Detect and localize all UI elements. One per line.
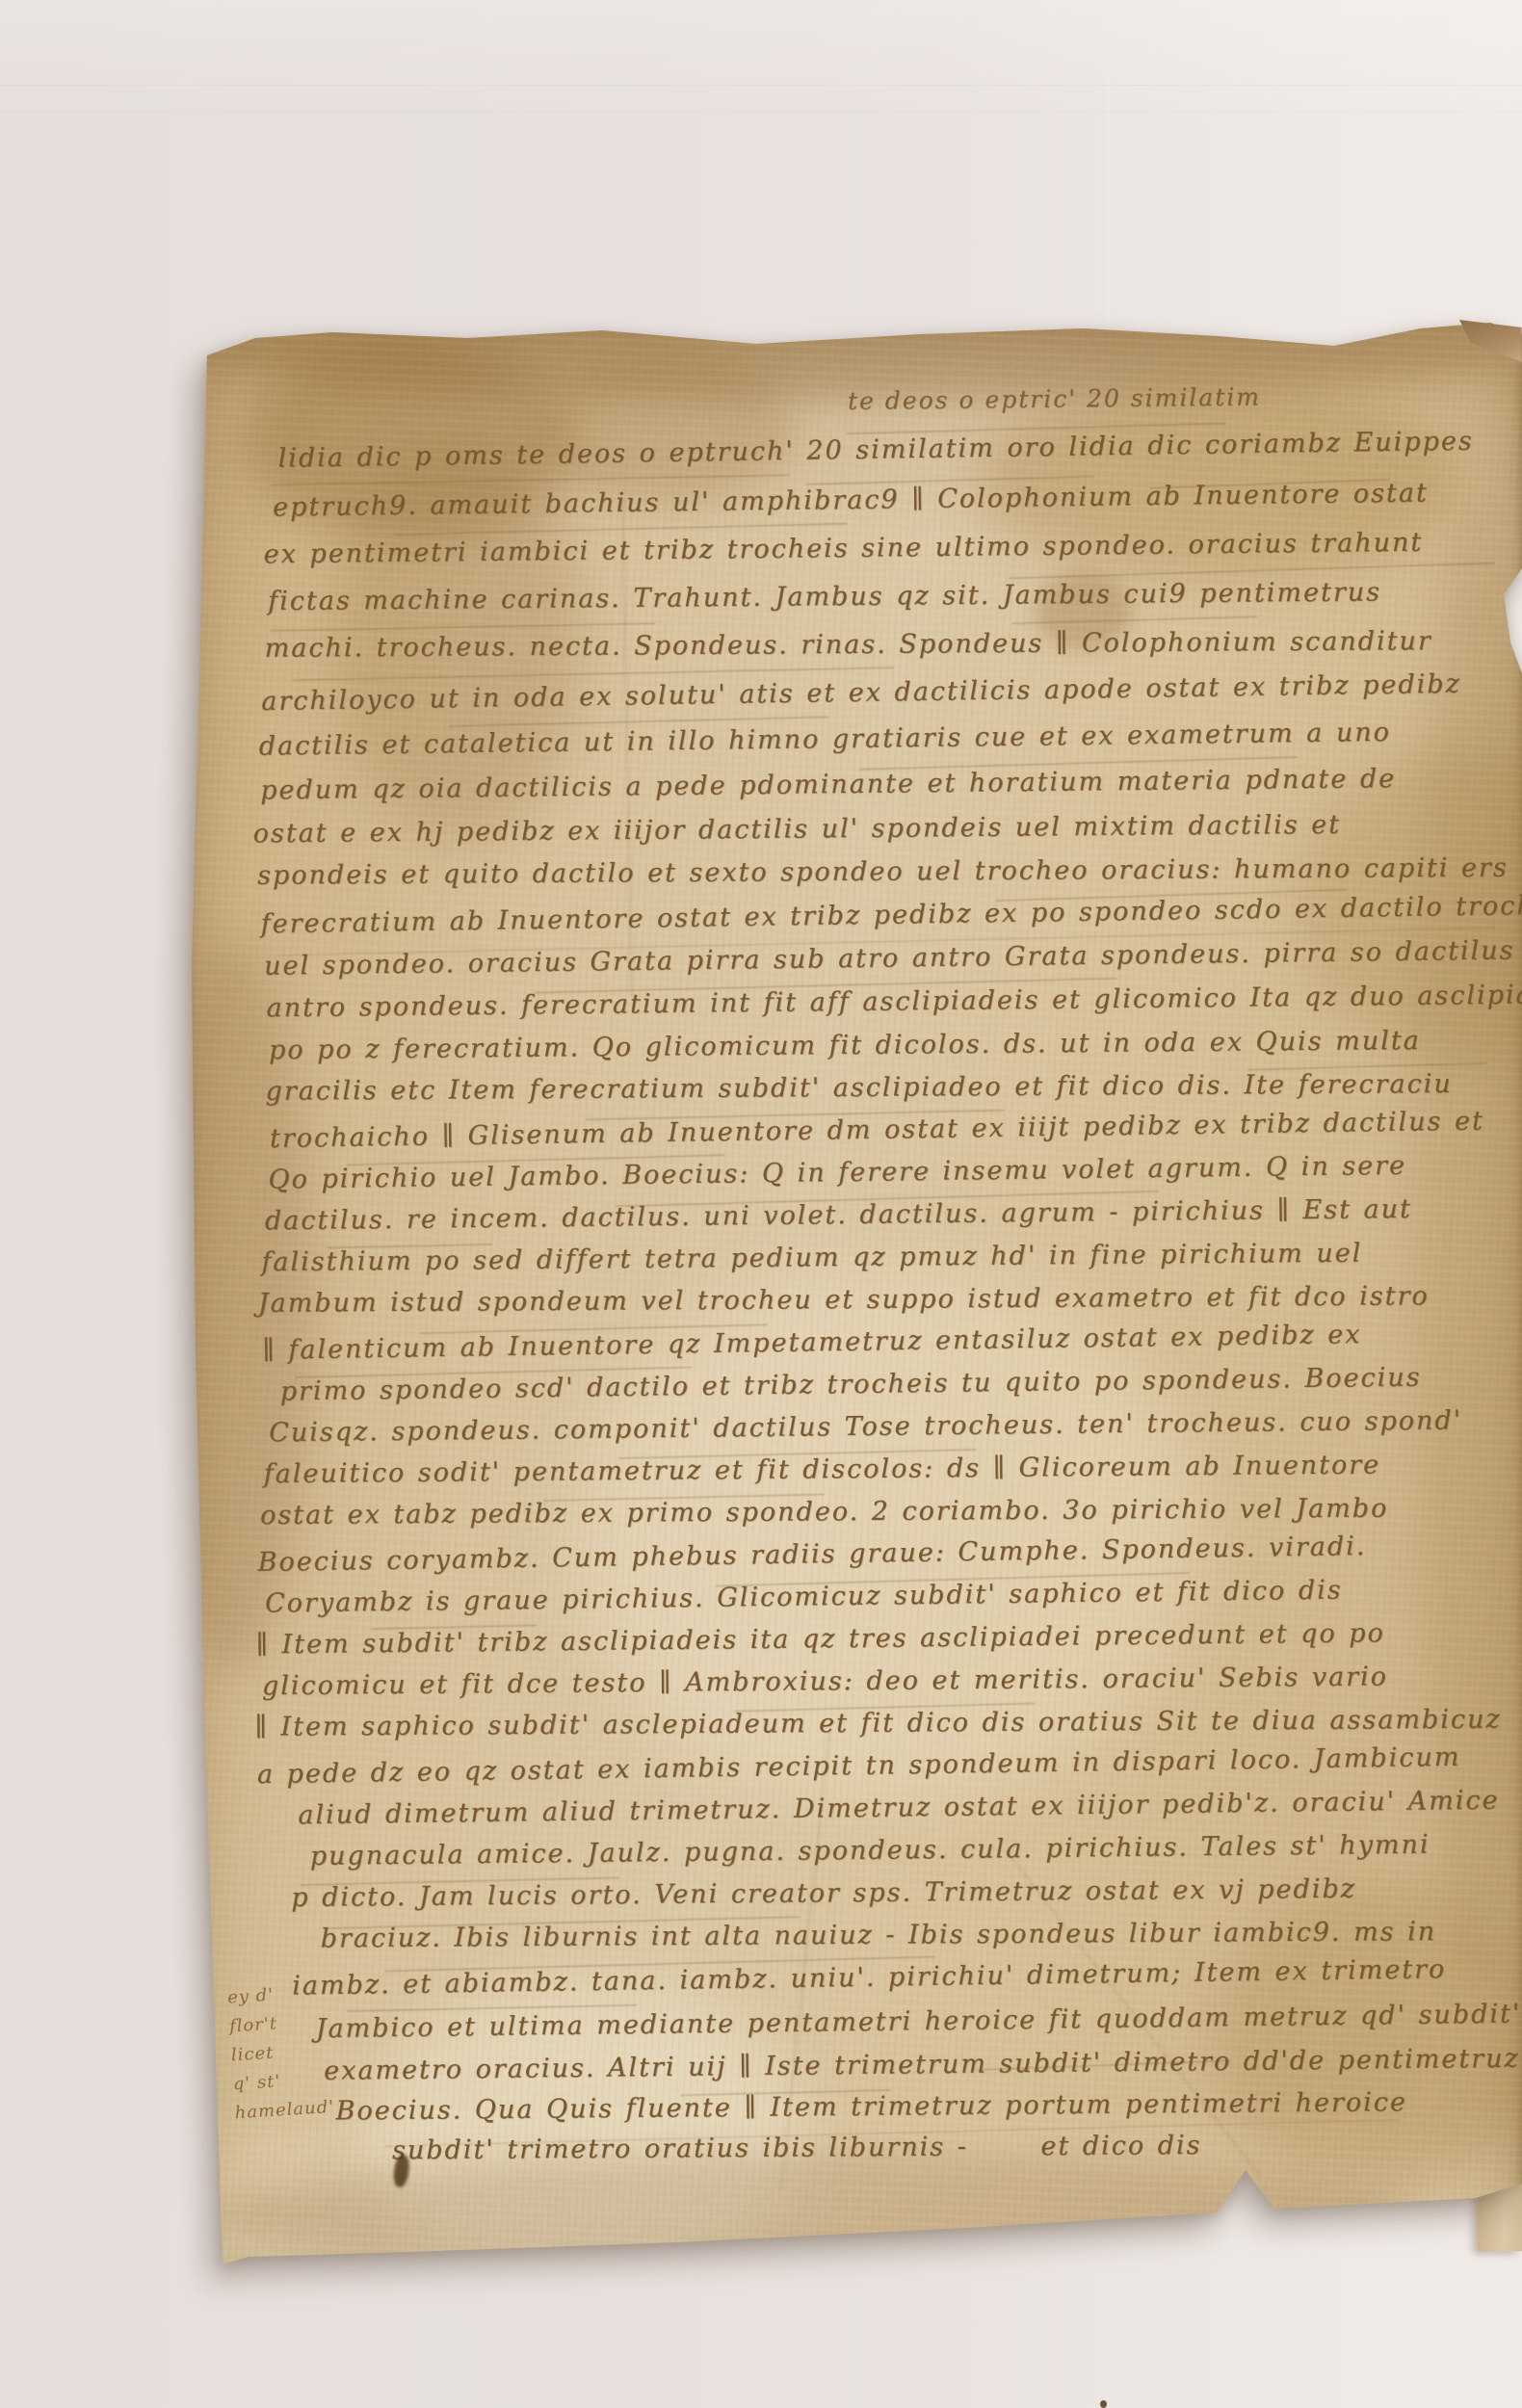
margin-note-line: hamelaud' bbox=[234, 2093, 335, 2128]
text-line: pedum qz oia dactilicis a pede pdominant… bbox=[260, 764, 1396, 807]
text-line: Qo pirichio uel Jambo. Boecius: Q in fer… bbox=[268, 1151, 1406, 1196]
text-line: aliud dimetrum aliud trimetruz. Dimetruz… bbox=[298, 1786, 1500, 1832]
text-line: faleuitico sodit' pentametruz et fit dis… bbox=[264, 1450, 1381, 1490]
text-line: braciuz. Ibis liburnis int alta nauiuz -… bbox=[321, 1917, 1437, 1955]
text-line: ostat e ex hj pedibz ex iiijor dactilis … bbox=[253, 810, 1342, 851]
text-line: glicomicu et fit dce testo ∥ Ambroxius: … bbox=[262, 1662, 1388, 1702]
ink-underline bbox=[271, 474, 791, 486]
text-line: ∥ falenticum ab Inuentore qz Impetametru… bbox=[262, 1320, 1362, 1367]
text-line: Cuisqz. spondeus. componit' dactilus Tos… bbox=[269, 1405, 1462, 1449]
text-line: Boecius coryambz. Cum phebus radiis grau… bbox=[257, 1531, 1366, 1579]
text-block: te deos o eptric' 20 similatim lidia dic… bbox=[0, 0, 1522, 2408]
text-line: po po z ferecratium. Qo glicomicum fit d… bbox=[269, 1026, 1421, 1066]
text-line: spondeis et quito dactilo et sexto spond… bbox=[257, 852, 1509, 892]
text-line: dactilis et cataletica ut in illo himno … bbox=[259, 718, 1392, 763]
dust-speck bbox=[1100, 2400, 1107, 2408]
text-line: uel spondeo. oracius Grata pirra sub atr… bbox=[264, 935, 1515, 982]
text-line: ferecratium ab Inuentore ostat ex tribz … bbox=[260, 890, 1522, 940]
manuscript-photo: te deos o eptric' 20 similatim lidia dic… bbox=[0, 0, 1522, 2408]
text-line: pugnacula amice. Jaulz. pugna. spondeus.… bbox=[310, 1830, 1430, 1873]
text-line: antro spondeus. ferecratium int fit aff … bbox=[266, 980, 1522, 1025]
text-line: Jambico et ultima mediante pentametri he… bbox=[315, 1999, 1521, 2045]
text-line: machi. trocheus. necta. Spondeus. rinas.… bbox=[265, 626, 1432, 665]
margin-note: ey d' flor't licet q' st' hamelaud' bbox=[226, 1977, 335, 2128]
text-line: ostat ex tabz pedibz ex primo spondeo. 2… bbox=[260, 1494, 1388, 1532]
text-line: primo spondeo scd' dactilo et tribz troc… bbox=[280, 1363, 1422, 1408]
text-line: fictas machine carinas. Trahunt. Jambus … bbox=[268, 577, 1381, 617]
ink-underlines bbox=[0, 0, 1518, 3]
text-line: a pede dz eo qz ostat ex iambis recipit … bbox=[257, 1742, 1461, 1792]
text-line: gracilis etc Item ferecratium subdit' as… bbox=[265, 1069, 1452, 1108]
ink-underline bbox=[1009, 563, 1495, 580]
text-line: ∥ Item subdit' tribz asclipiadeis ita qz… bbox=[255, 1618, 1385, 1662]
text-line: Jambum istud spondeum vel trocheu et sup… bbox=[258, 1281, 1430, 1320]
text-line: exametro oracius. Altri uij ∥ Iste trime… bbox=[324, 2044, 1520, 2087]
heading-line: te deos o eptric' 20 similatim bbox=[848, 382, 1261, 415]
text-line: iambz. et abiambz. tana. iambz. uniu'. p… bbox=[292, 1954, 1447, 2002]
text-line: Boecius. Qua Quis fluente ∥ Item trimetr… bbox=[335, 2087, 1407, 2128]
ink-underline bbox=[1011, 615, 1257, 625]
text-line: ∥ Item saphico subdit' asclepiadeum et f… bbox=[254, 1705, 1501, 1744]
